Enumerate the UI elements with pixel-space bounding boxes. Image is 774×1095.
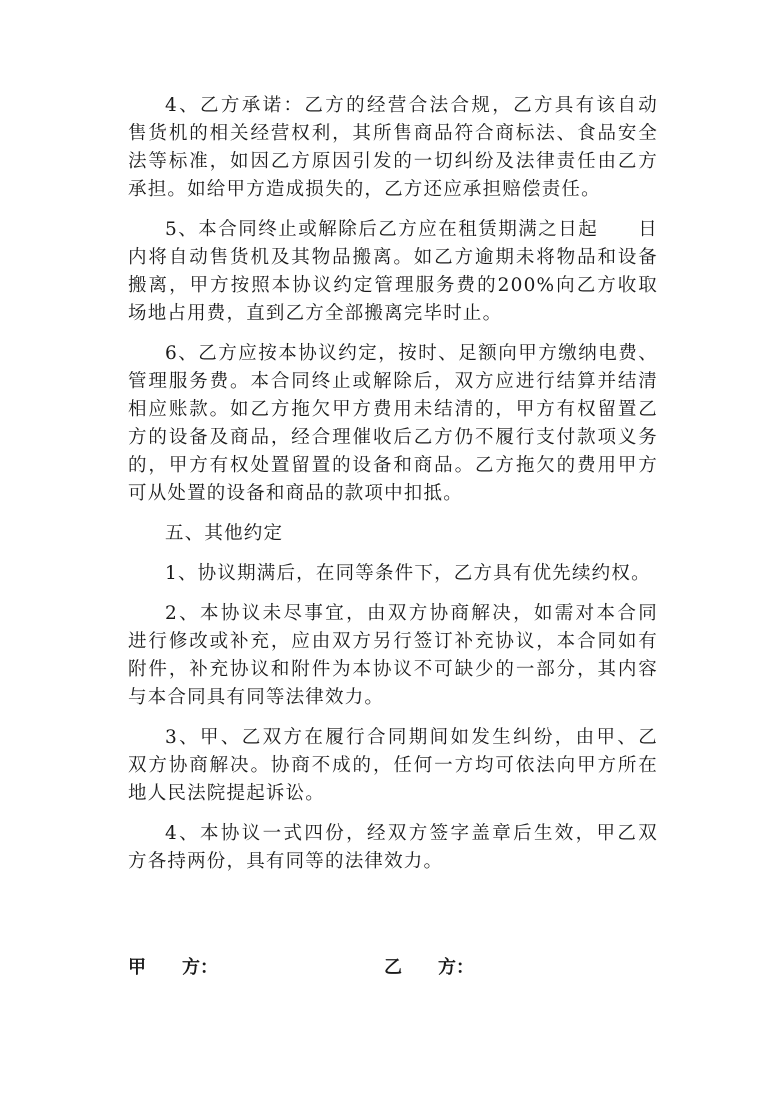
other-clause-1-paragraph: 1、协议期满后，在同等条件下，乙方具有优先续约权。	[128, 560, 658, 588]
contract-page: 4、乙方承诺：乙方的经营合法合规，乙方具有该自动 售货机的相关经营权利，其所售商…	[128, 92, 658, 888]
clause-4-paragraph: 4、乙方承诺：乙方的经营合法合规，乙方具有该自动 售货机的相关经营权利，其所售商…	[128, 92, 658, 204]
party-a-fang: 方：	[182, 957, 218, 978]
other-clause-2-line-3: 附件，补充协议和附件为本协议不可缺少的一部分，其内容	[128, 656, 658, 684]
clause-6-paragraph: 6、乙方应按本协议约定，按时、足额向甲方缴纳电费、 管理服务费。本合同终止或解除…	[128, 340, 658, 508]
party-a-char: 甲	[128, 957, 146, 978]
other-clause-4-line-1: 4、本协议一式四份，经双方签字盖章后生效，甲乙双	[128, 820, 658, 848]
clause-6-line-1: 6、乙方应按本协议约定，按时、足额向甲方缴纳电费、	[128, 340, 658, 368]
other-clause-4-paragraph: 4、本协议一式四份，经双方签字盖章后生效，甲乙双 方各持两份，具有同等的法律效力…	[128, 820, 658, 876]
other-clause-3-line-3: 地人民法院提起诉讼。	[128, 780, 658, 808]
clause-5-line-4: 场地占用费，直到乙方全部搬离完毕时止。	[128, 300, 658, 328]
clause-5-line-1: 5、本合同终止或解除后乙方应在租赁期满之日起 日	[128, 216, 658, 244]
clause-6-line-4: 方的设备及商品，经合理催收后乙方仍不履行支付款项义务	[128, 424, 658, 452]
clause-5-line-3: 搬离，甲方按照本协议约定管理服务费的200%向乙方收取	[128, 272, 658, 300]
clause-6-line-3: 相应账款。如乙方拖欠甲方费用未结清的，甲方有权留置乙	[128, 396, 658, 424]
clause-6-line-5: 的，甲方有权处置留置的设备和商品。乙方拖欠的费用甲方	[128, 452, 658, 480]
other-clause-3-line-1: 3、甲、乙双方在履行合同期间如发生纠纷，由甲、乙	[128, 724, 658, 752]
other-clause-2-line-2: 进行修改或补充，应由双方另行签订补充协议，本合同如有	[128, 628, 658, 656]
signature-row: 甲方： 乙方：	[128, 954, 648, 982]
other-clause-2-line-4: 与本合同具有同等法律效力。	[128, 684, 658, 712]
party-a-signature-label: 甲方：	[128, 954, 218, 982]
party-b-fang: 方：	[438, 957, 474, 978]
section-heading-text: 五、其他约定	[128, 520, 658, 548]
party-b-signature-label: 乙方：	[384, 954, 474, 982]
other-clause-2-paragraph: 2、本协议未尽事宜，由双方协商解决，如需对本合同 进行修改或补充，应由双方另行签…	[128, 600, 658, 712]
clause-5-line-2: 内将自动售货机及其物品搬离。如乙方逾期未将物品和设备	[128, 244, 658, 272]
clause-4-line-3: 法等标准，如因乙方原因引发的一切纠纷及法律责任由乙方	[128, 148, 658, 176]
party-b-char: 乙	[384, 957, 402, 978]
clause-5-paragraph: 5、本合同终止或解除后乙方应在租赁期满之日起 日 内将自动售货机及其物品搬离。如…	[128, 216, 658, 328]
clause-4-line-2: 售货机的相关经营权利，其所售商品符合商标法、食品安全	[128, 120, 658, 148]
clause-4-line-1: 4、乙方承诺：乙方的经营合法合规，乙方具有该自动	[128, 92, 658, 120]
other-clause-4-line-2: 方各持两份，具有同等的法律效力。	[128, 848, 658, 876]
clause-4-line-4: 承担。如给甲方造成损失的，乙方还应承担赔偿责任。	[128, 176, 658, 204]
section-heading-other-terms: 五、其他约定	[128, 520, 658, 548]
other-clause-1-line-1: 1、协议期满后，在同等条件下，乙方具有优先续约权。	[128, 560, 658, 588]
other-clause-3-line-2: 双方协商解决。协商不成的，任何一方均可依法向甲方所在	[128, 752, 658, 780]
clause-6-line-2: 管理服务费。本合同终止或解除后，双方应进行结算并结清	[128, 368, 658, 396]
other-clause-2-line-1: 2、本协议未尽事宜，由双方协商解决，如需对本合同	[128, 600, 658, 628]
clause-6-line-6: 可从处置的设备和商品的款项中扣抵。	[128, 480, 658, 508]
other-clause-3-paragraph: 3、甲、乙双方在履行合同期间如发生纠纷，由甲、乙 双方协商解决。协商不成的，任何…	[128, 724, 658, 808]
